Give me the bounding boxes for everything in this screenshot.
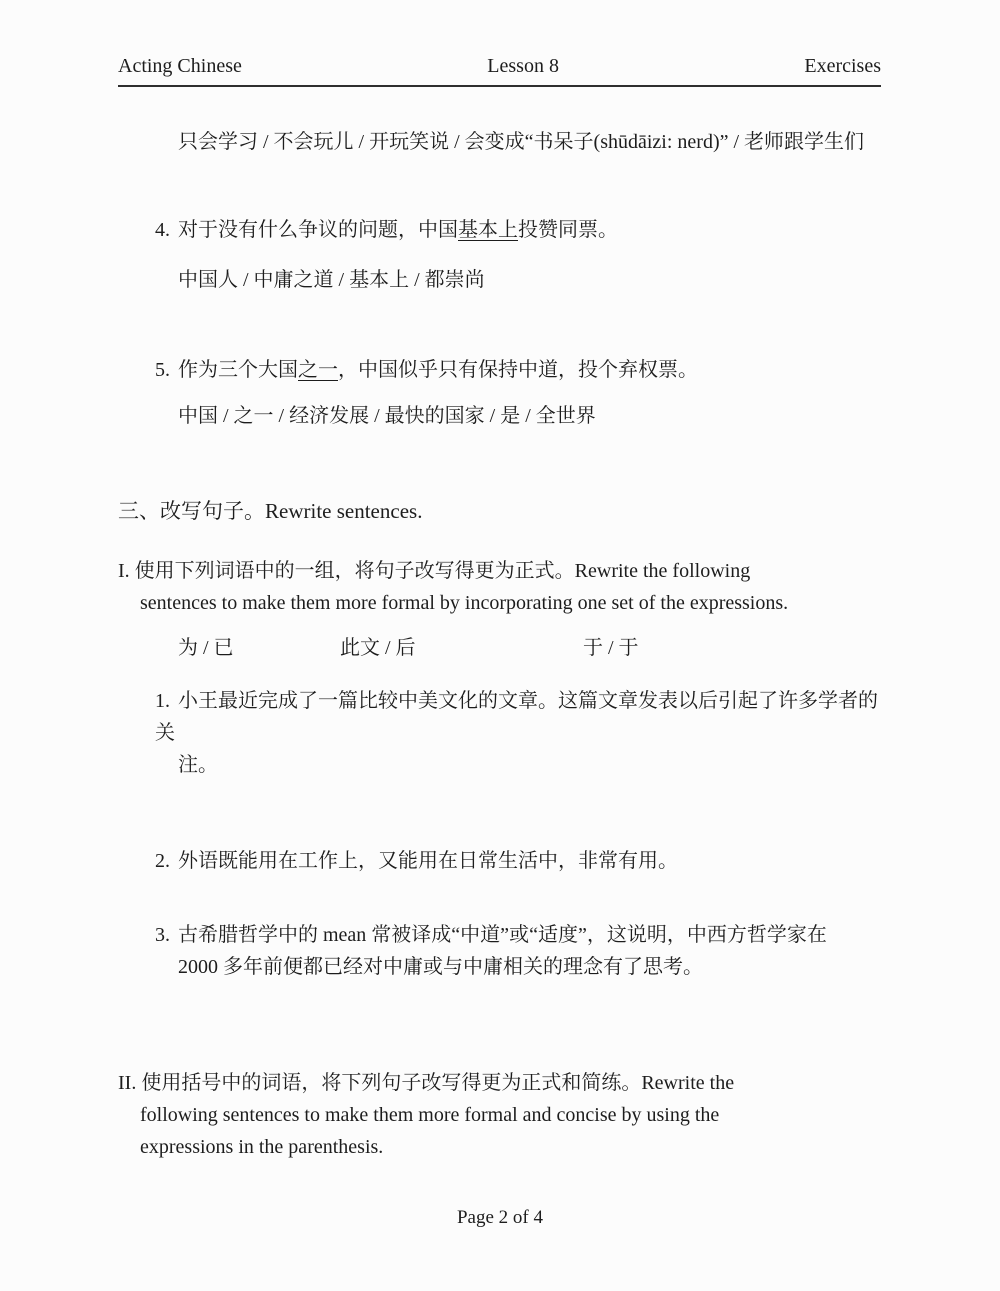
expression-set-2: 此文 / 后 [340,633,416,663]
question-5-text-post: ，中国似乎只有保持中道，投个弃权票。 [338,359,698,381]
question-5-word-options: 中国 / 之一 / 经济发展 / 最快的国家 / 是 / 全世界 [178,401,881,431]
question-4-text-post: 投赞同票。 [518,219,618,241]
rewrite-sentence-2: 2.外语既能用在工作上，又能用在日常生活中，非常有用。 [155,845,881,877]
question-5: 5.作为三个大国之一，中国似乎只有保持中道，投个弃权票。 [155,355,881,385]
question-3-word-options: 只会学习 / 不会玩儿 / 开玩笑说 / 会变成“书呆子(shūdāizi: n… [178,127,881,157]
part-2-label: II. [118,1072,141,1094]
page-number: Page 2 of 4 [457,1207,543,1228]
question-4: 4.对于没有什么争议的问题，中国基本上投赞同票。 [155,215,881,245]
rewrite-sentence-3-number: 3. [155,919,178,951]
part-1-instructions: I. 使用下列词语中的一组，将句子改写得更为正式。Rewrite the fol… [118,555,881,619]
rewrite-sentence-1-line-1: 1.小王最近完成了一篇比较中美文化的文章。这篇文章发表以后引起了许多学者的关 [155,685,881,749]
question-5-number: 5. [155,355,178,385]
part-1-label: I. [118,560,135,582]
expression-set-3: 于 / 于 [583,633,639,663]
page-header: Acting Chinese Lesson 8 Exercises [118,55,881,87]
rewrite-sentence-2-line-1: 2.外语既能用在工作上，又能用在日常生活中，非常有用。 [155,845,881,877]
question-4-underlined-term: 基本上 [458,219,518,241]
rewrite-sentence-1-number: 1. [155,685,178,717]
rewrite-sentence-3: 3.古希腊哲学中的 mean 常被译成“中道”或“适度”，这说明，中西方哲学家在… [155,919,881,983]
question-5-underlined-term: 之一 [298,359,338,381]
expression-set-1: 为 / 已 [178,633,234,663]
question-4-number: 4. [155,215,178,245]
part-2-instructions-line-2: following sentences to make them more fo… [140,1099,881,1131]
question-4-text-pre: 对于没有什么争议的问题，中国 [178,219,458,241]
header-section-label: Exercises [804,55,881,77]
rewrite-sentence-1: 1.小王最近完成了一篇比较中美文化的文章。这篇文章发表以后引起了许多学者的关 注… [155,685,881,781]
rewrite-sentence-2-number: 2. [155,845,178,877]
page-footer: Page 2 of 4 [0,1206,1000,1230]
header-course-title: Acting Chinese [118,55,242,77]
part-2-instructions-line-1: II. 使用括号中的词语，将下列句子改写得更为正式和简练。Rewrite the [118,1067,881,1099]
section-3-heading: 三、改写句子。Rewrite sentences. [118,495,881,527]
question-5-text-pre: 作为三个大国 [178,359,298,381]
rewrite-sentence-1-line-2: 注。 [155,749,881,781]
part-2-instructions-line-3: expressions in the parenthesis. [140,1131,881,1163]
header-lesson-label: Lesson 8 [487,55,559,77]
part-1-instructions-line-1: I. 使用下列词语中的一组，将句子改写得更为正式。Rewrite the fol… [118,555,881,587]
rewrite-sentence-3-line-2: 2000 多年前便都已经对中庸或与中庸相关的理念有了思考。 [155,951,881,983]
document-page: Acting Chinese Lesson 8 Exercises 只会学习 /… [0,0,1000,1291]
part-2-instructions: II. 使用括号中的词语，将下列句子改写得更为正式和简练。Rewrite the… [118,1067,881,1163]
expression-sets-row: 为 / 已 此文 / 后 于 / 于 [118,633,881,663]
rewrite-sentence-3-line-1: 3.古希腊哲学中的 mean 常被译成“中道”或“适度”，这说明，中西方哲学家在 [155,919,881,951]
question-4-word-options: 中国人 / 中庸之道 / 基本上 / 都崇尚 [178,265,881,295]
part-1-instructions-line-2: sentences to make them more formal by in… [140,587,881,619]
